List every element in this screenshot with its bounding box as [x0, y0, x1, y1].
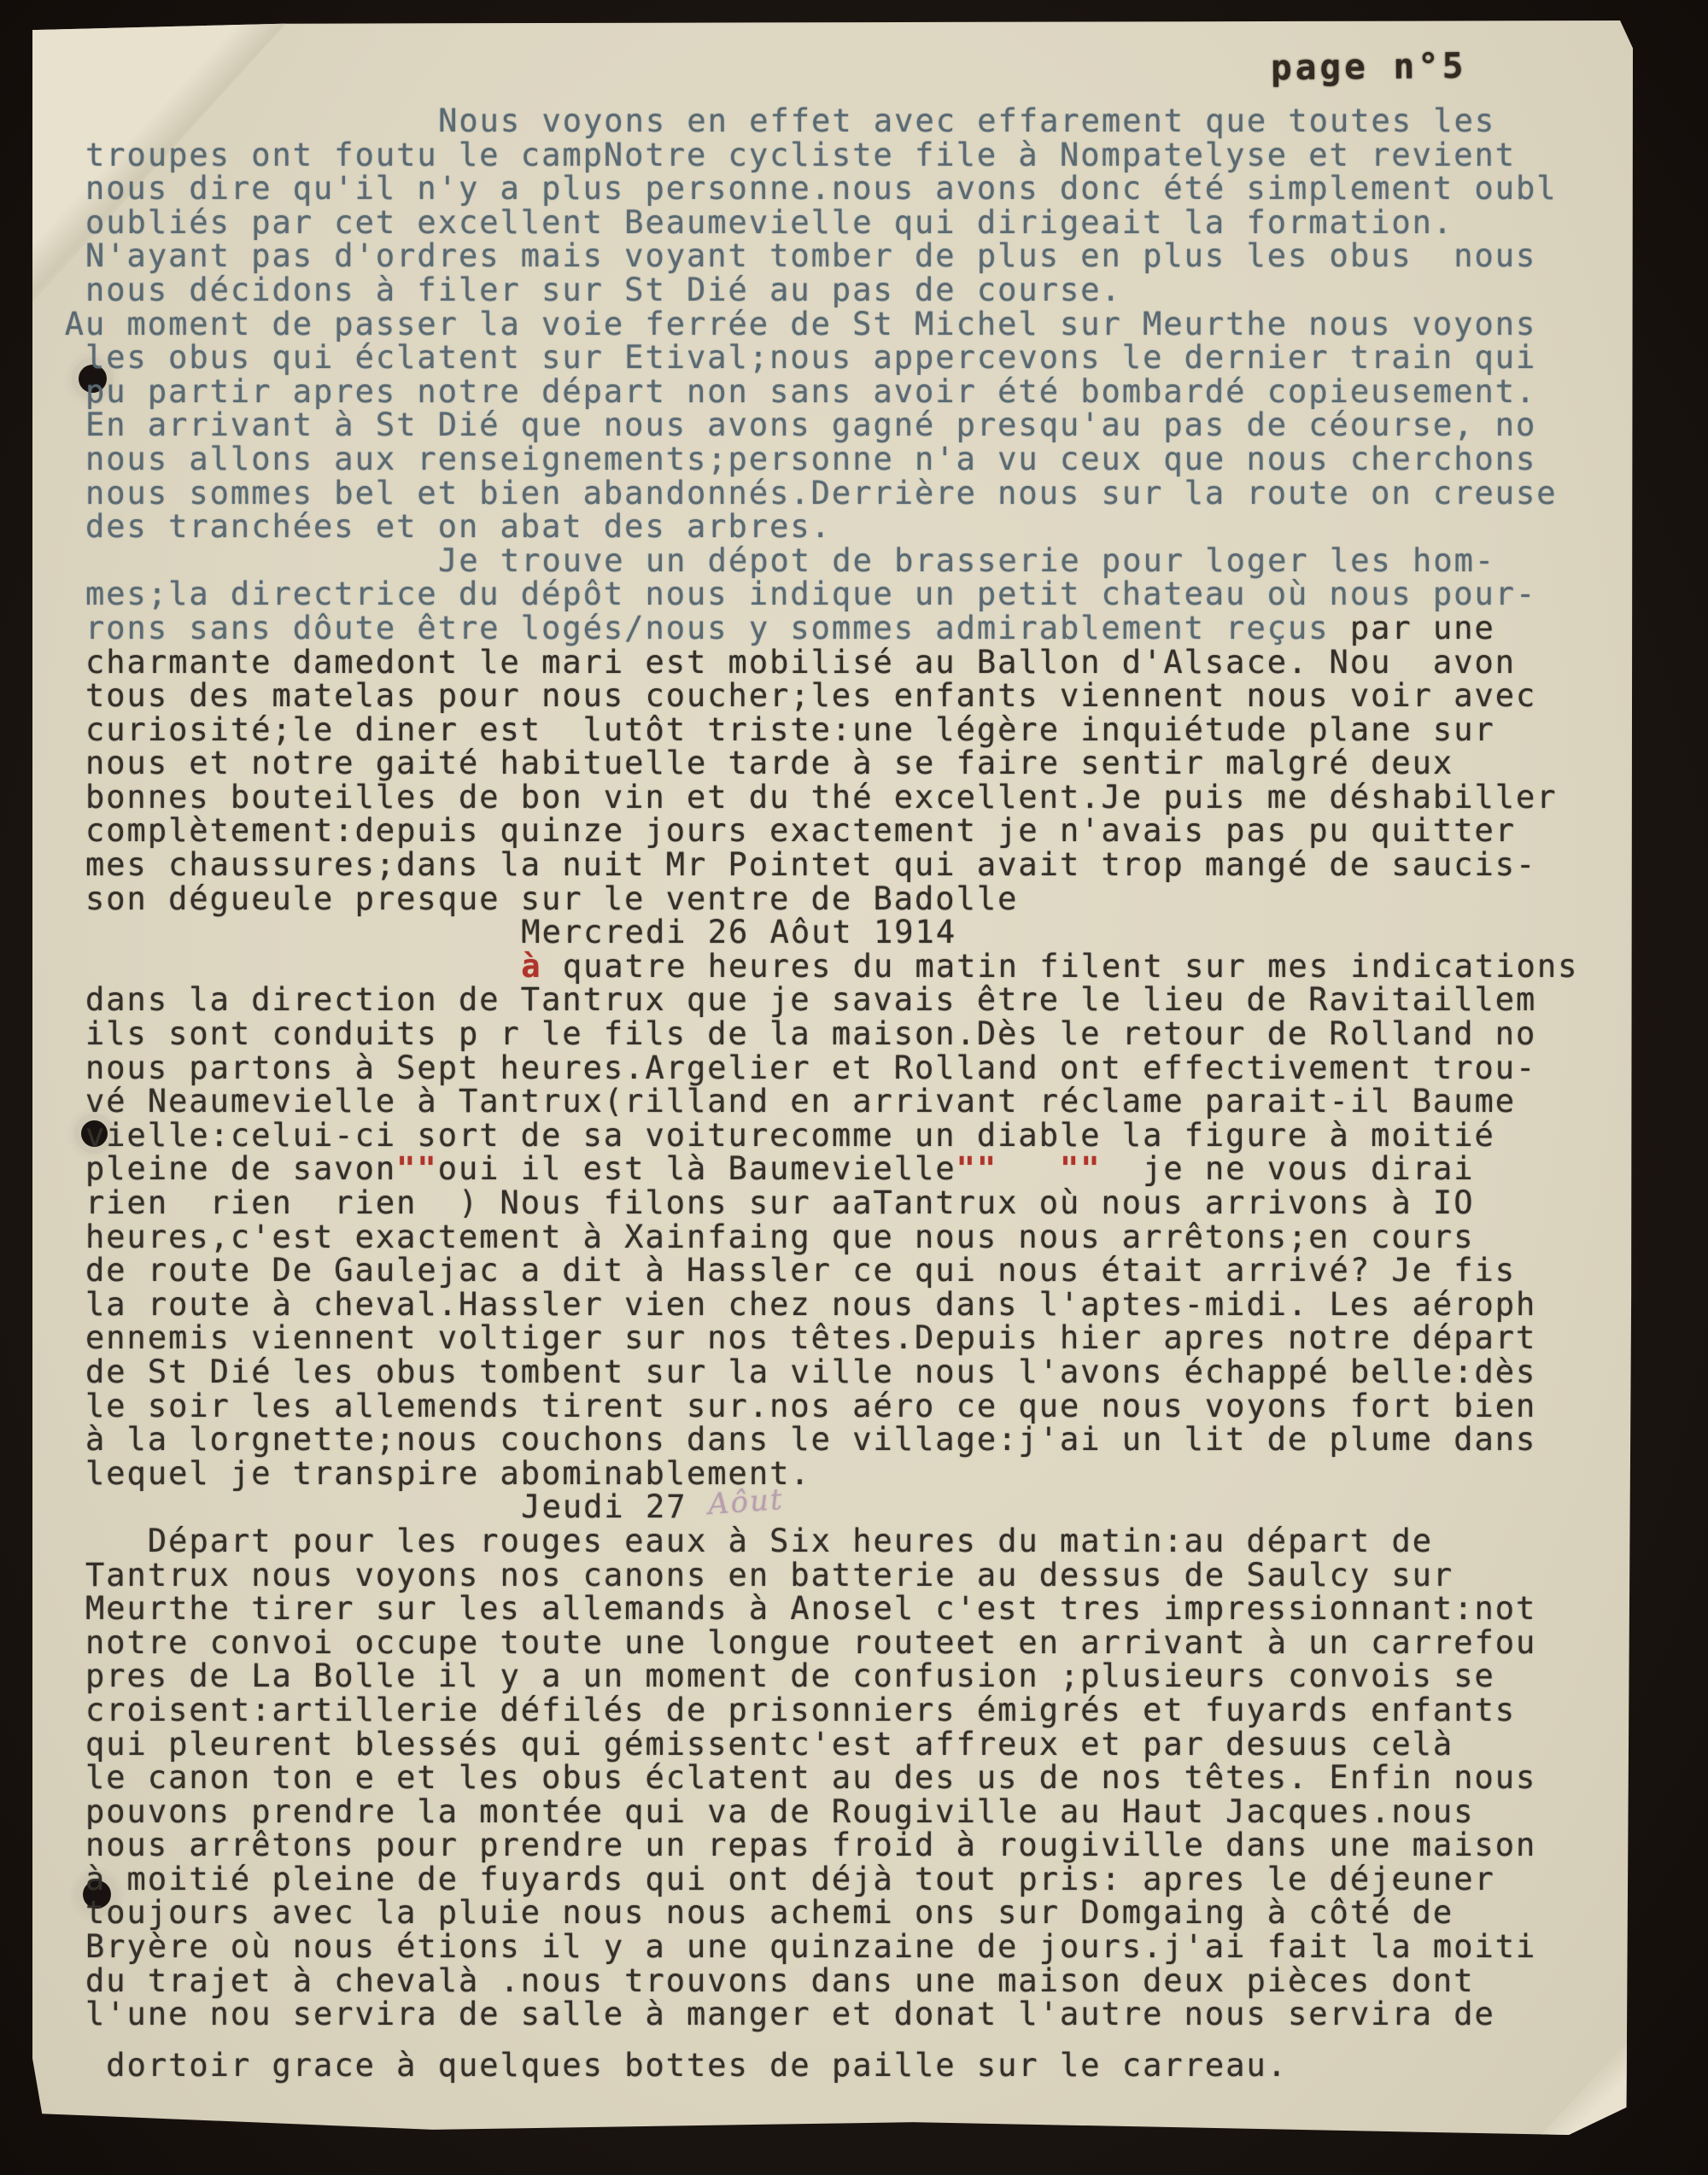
text-segment-blue: Je trouve un dépot de brasserie pour log… — [438, 542, 1495, 579]
text-segment-black: du trajet à chevalà .nous trouvons dans … — [85, 1962, 1474, 1999]
text-line: nous partons à Sept heures.Argelier et R… — [85, 1051, 1607, 1085]
text-segment-black: toujours avec la pluie nous nous achemi … — [85, 1894, 1454, 1931]
text-segment-blue: N'ayant pas d'ordres mais voyant tomber … — [85, 237, 1536, 274]
text-segment-blue: des tranchées et on abat des arbres. — [85, 508, 832, 545]
text-segment-blue: rons sans dôute être logés/nous y sommes… — [85, 610, 1350, 646]
text-line: nous sommes bel et bien abandonnés.Derri… — [85, 477, 1607, 511]
text-segment-blue: nous dire qu'il n'y a plus personne.nous… — [85, 170, 1558, 207]
text-segment-black: Mercredi 26 Aôut 1914 — [521, 914, 956, 950]
text-line: mes;la directrice du dépôt nous indique … — [85, 577, 1607, 611]
text-segment-black: heures,c'est exactement à Xainfaing que … — [85, 1219, 1474, 1255]
text-segment-black: vielle:celui-ci sort de sa voiturecomme … — [85, 1117, 1495, 1154]
text-line: Départ pour les rouges eaux à Six heures… — [148, 1524, 1607, 1558]
text-segment-black: la route à cheval.Hassler vien chez nous… — [85, 1286, 1536, 1323]
text-line: N'ayant pas d'ordres mais voyant tomber … — [85, 239, 1607, 273]
text-segment-black: croisent:artillerie défilés de prisonnie… — [85, 1692, 1516, 1728]
text-segment-blue: Au moment de passer la voie ferrée de St… — [65, 306, 1537, 342]
text-line: Nous voyons en effet avec effarement que… — [438, 104, 1607, 138]
text-segment-black: mes chaussures;dans la nuit Mr Pointet q… — [85, 846, 1536, 883]
text-segment-black: charmante damedont le mari est mobilisé … — [85, 644, 1516, 681]
text-line: pouvons prendre la montée qui va de Roug… — [85, 1795, 1607, 1829]
text-line: des tranchées et on abat des arbres. — [85, 510, 1607, 544]
text-segment-black: Meurthe tirer sur les allemands à Anosel… — [85, 1590, 1536, 1627]
text-line: Tantrux nous voyons nos canons en batter… — [85, 1558, 1607, 1593]
text-line: croisent:artillerie défilés de prisonnie… — [85, 1693, 1607, 1728]
text-segment-black: qui pleurent blessés qui gémissentc'est … — [85, 1726, 1454, 1763]
text-segment-blue: nous allons aux renseignements;personne … — [85, 441, 1536, 477]
text-line: vielle:celui-ci sort de sa voiturecomme … — [85, 1119, 1607, 1153]
text-lines: Nous voyons en effet avec effarement que… — [85, 104, 1607, 2082]
text-segment-black: dortoir grace à quelques bottes de paill… — [106, 2047, 1288, 2084]
text-line: pu partir apres notre départ non sans av… — [85, 375, 1607, 409]
text-line: tous des matelas pour nous coucher;les e… — [85, 679, 1607, 713]
text-line: Bryère où nous étions il y a une quinzai… — [85, 1930, 1607, 1964]
text-line: rien rien rien ) Nous filons sur aaTantr… — [85, 1186, 1607, 1220]
text-segment-blue: Nous voyons en effet avec effarement que… — [438, 102, 1495, 139]
text-line: du trajet à chevalà .nous trouvons dans … — [85, 1964, 1607, 1998]
text-line: bonnes bouteilles de bon vin et du thé e… — [85, 781, 1607, 815]
text-line: heures,c'est exactement à Xainfaing que … — [85, 1220, 1607, 1254]
text-line: qui pleurent blessés qui gémissentc'est … — [85, 1728, 1607, 1762]
text-segment-black: nous et notre gaité habituelle tarde à s… — [85, 745, 1454, 781]
text-segment-black: notre convoi occupe toute une longue rou… — [85, 1624, 1536, 1661]
text-line: troupes ont foutu le campNotre cycliste … — [85, 138, 1607, 172]
text-segment-black: nous partons à Sept heures.Argelier et R… — [85, 1049, 1536, 1086]
text-line: Au moment de passer la voie ferrée de St… — [65, 307, 1607, 342]
text-segment-black: par une — [1350, 610, 1495, 646]
text-line: oubliés par cet excellent Beaumevielle q… — [85, 206, 1607, 240]
text-segment-blue: nous sommes bel et bien abandonnés.Derri… — [85, 475, 1558, 512]
text-segment-blue: oubliés par cet excellent Beaumevielle q… — [85, 204, 1454, 241]
text-segment-black: bonnes bouteilles de bon vin et du thé e… — [85, 779, 1558, 816]
text-line: Jeudi 27 Aôut — [521, 1490, 1607, 1524]
page-number: page n°5 — [1271, 45, 1467, 88]
text-segment-black: pres de La Bolle il y a un moment de con… — [85, 1658, 1495, 1694]
text-segment-black: rien rien rien ) Nous filons sur aaTantr… — [85, 1184, 1474, 1221]
text-line: l'une nou servira de salle à manger et d… — [85, 1997, 1607, 2032]
text-segment-black: lequel je transpire abominablement. — [85, 1455, 811, 1492]
text-segment-red: "" — [1060, 1150, 1102, 1187]
text-segment-black: l'une nou servira de salle à manger et d… — [85, 1996, 1495, 2032]
text-line: pres de La Bolle il y a un moment de con… — [85, 1659, 1607, 1693]
text-line: curiosité;le diner est lutôt triste:une … — [85, 713, 1607, 747]
text-line: les obus qui éclatent sur Etival;nous ap… — [85, 341, 1607, 375]
text-line: dans la direction de Tantrux que je sava… — [85, 983, 1607, 1017]
text-line: nous et notre gaité habituelle tarde à s… — [85, 746, 1607, 781]
text-segment-black: tous des matelas pour nous coucher;les e… — [85, 677, 1536, 714]
text-segment-black: de St Dié les obus tombent sur la ville … — [85, 1354, 1536, 1390]
document-page: page n°5 Nous voyons en effet avec effar… — [32, 20, 1633, 2143]
text-line: Mercredi 26 Aôut 1914 — [521, 915, 1607, 950]
text-line: de route De Gaulejac a dit à Hassler ce … — [85, 1254, 1607, 1288]
text-segment-blue: nous décidons à filer sur St Dié au pas … — [85, 272, 1122, 308]
text-segment-black: complètement:depuis quinze jours exactem… — [85, 812, 1516, 849]
text-segment-black: dans la direction de Tantrux que je sava… — [85, 981, 1536, 1018]
text-line: son dégueule presque sur le ventre de Ba… — [85, 882, 1607, 916]
text-line: à moitié pleine de fuyards qui ont déjà … — [85, 1862, 1607, 1897]
text-line: dortoir grace à quelques bottes de paill… — [106, 2049, 1607, 2083]
text-segment-black: Bryère où nous étions il y a une quinzai… — [85, 1928, 1536, 1965]
text-segment-black: Tantrux nous voyons nos canons en batter… — [85, 1557, 1454, 1593]
text-segment-black: le soir les allemends tirent sur.nos aér… — [85, 1388, 1536, 1424]
text-segment-black: quatre heures du matin filent sur mes in… — [542, 948, 1579, 985]
text-line: En arrivant à St Dié que nous avons gagn… — [85, 408, 1607, 442]
text-segment-black: curiosité;le diner est lutôt triste:une … — [85, 711, 1495, 748]
text-segment-black: vé Neaumevielle à Tantrux(rilland en arr… — [85, 1083, 1516, 1120]
text-line: nous allons aux renseignements;personne … — [85, 442, 1607, 477]
text-segment-black: ennemis viennent voltiger sur nos têtes.… — [85, 1319, 1536, 1356]
text-segment-black: Jeudi 27 — [521, 1488, 707, 1525]
text-line: de St Dié les obus tombent sur la ville … — [85, 1355, 1607, 1389]
text-line: charmante damedont le mari est mobilisé … — [85, 646, 1607, 680]
text-segment-black: à moitié pleine de fuyards qui ont déjà … — [85, 1861, 1495, 1897]
text-line: Meurthe tirer sur les allemands à Anosel… — [85, 1592, 1607, 1626]
text-line: ennemis viennent voltiger sur nos têtes.… — [85, 1321, 1607, 1355]
text-line: nous arrêtons pour prendre un repas froi… — [85, 1828, 1607, 1862]
text-segment-black — [997, 1150, 1060, 1187]
text-segment-blue: pu partir apres notre départ non sans av… — [85, 373, 1536, 410]
text-line: ils sont conduits p r le fils de la mais… — [85, 1017, 1607, 1051]
text-segment-black: pouvons prendre la montée qui va de Roug… — [85, 1793, 1474, 1830]
text-line: notre convoi occupe toute une longue rou… — [85, 1626, 1607, 1660]
text-line: nous dire qu'il n'y a plus personne.nous… — [85, 172, 1607, 206]
text-segment-black: nous arrêtons pour prendre un repas froi… — [85, 1827, 1536, 1863]
text-segment-hand: Aôut — [707, 1483, 785, 1523]
text-line: toujours avec la pluie nous nous achemi … — [85, 1896, 1607, 1930]
text-segment-red: "" — [396, 1150, 438, 1187]
text-line: pleine de savon""oui il est là Baumeviel… — [85, 1152, 1607, 1186]
text-line: le soir les allemends tirent sur.nos aér… — [85, 1389, 1607, 1424]
text-line: lequel je transpire abominablement. — [85, 1457, 1607, 1491]
text-segment-blue: En arrivant à St Dié que nous avons gagn… — [85, 406, 1536, 443]
text-line: nous décidons à filer sur St Dié au pas … — [85, 273, 1607, 307]
text-segment-blue: mes;la directrice du dépôt nous indique … — [85, 576, 1536, 612]
text-line: Je trouve un dépot de brasserie pour log… — [438, 544, 1607, 578]
text-segment-blue: les obus qui éclatent sur Etival;nous ap… — [85, 339, 1536, 376]
text-segment-blue: troupes ont foutu le campNotre cycliste … — [85, 137, 1516, 173]
text-line: complètement:depuis quinze jours exactem… — [85, 814, 1607, 848]
text-line: à la lorgnette;nous couchons dans le vil… — [85, 1423, 1607, 1457]
text-line: la route à cheval.Hassler vien chez nous… — [85, 1288, 1607, 1322]
text-segment-black: oui il est là Baumevielle — [438, 1150, 956, 1187]
text-segment-black: Départ pour les rouges eaux à Six heures… — [148, 1523, 1433, 1559]
text-segment-black: son dégueule presque sur le ventre de Ba… — [85, 880, 1018, 917]
text-line: mes chaussures;dans la nuit Mr Pointet q… — [85, 848, 1607, 882]
text-line: à quatre heures du matin filent sur mes … — [521, 950, 1607, 984]
text-line: vé Neaumevielle à Tantrux(rilland en arr… — [85, 1085, 1607, 1119]
text-line: le canon ton e et les obus éclatent au d… — [85, 1761, 1607, 1795]
text-line: rons sans dôute être logés/nous y sommes… — [85, 611, 1607, 646]
text-segment-red: "" — [956, 1150, 998, 1187]
text-segment-black: à la lorgnette;nous couchons dans le vil… — [85, 1421, 1536, 1458]
text-segment-black: ils sont conduits p r le fils de la mais… — [85, 1015, 1536, 1052]
text-segment-black: le canon ton e et les obus éclatent au d… — [85, 1759, 1536, 1796]
text-segment-black: de route De Gaulejac a dit à Hassler ce … — [85, 1252, 1516, 1289]
text-segment-black: je ne vous dirai — [1102, 1150, 1475, 1187]
text-segment-black: pleine de savon — [85, 1150, 396, 1187]
text-segment-red: à — [521, 948, 541, 985]
